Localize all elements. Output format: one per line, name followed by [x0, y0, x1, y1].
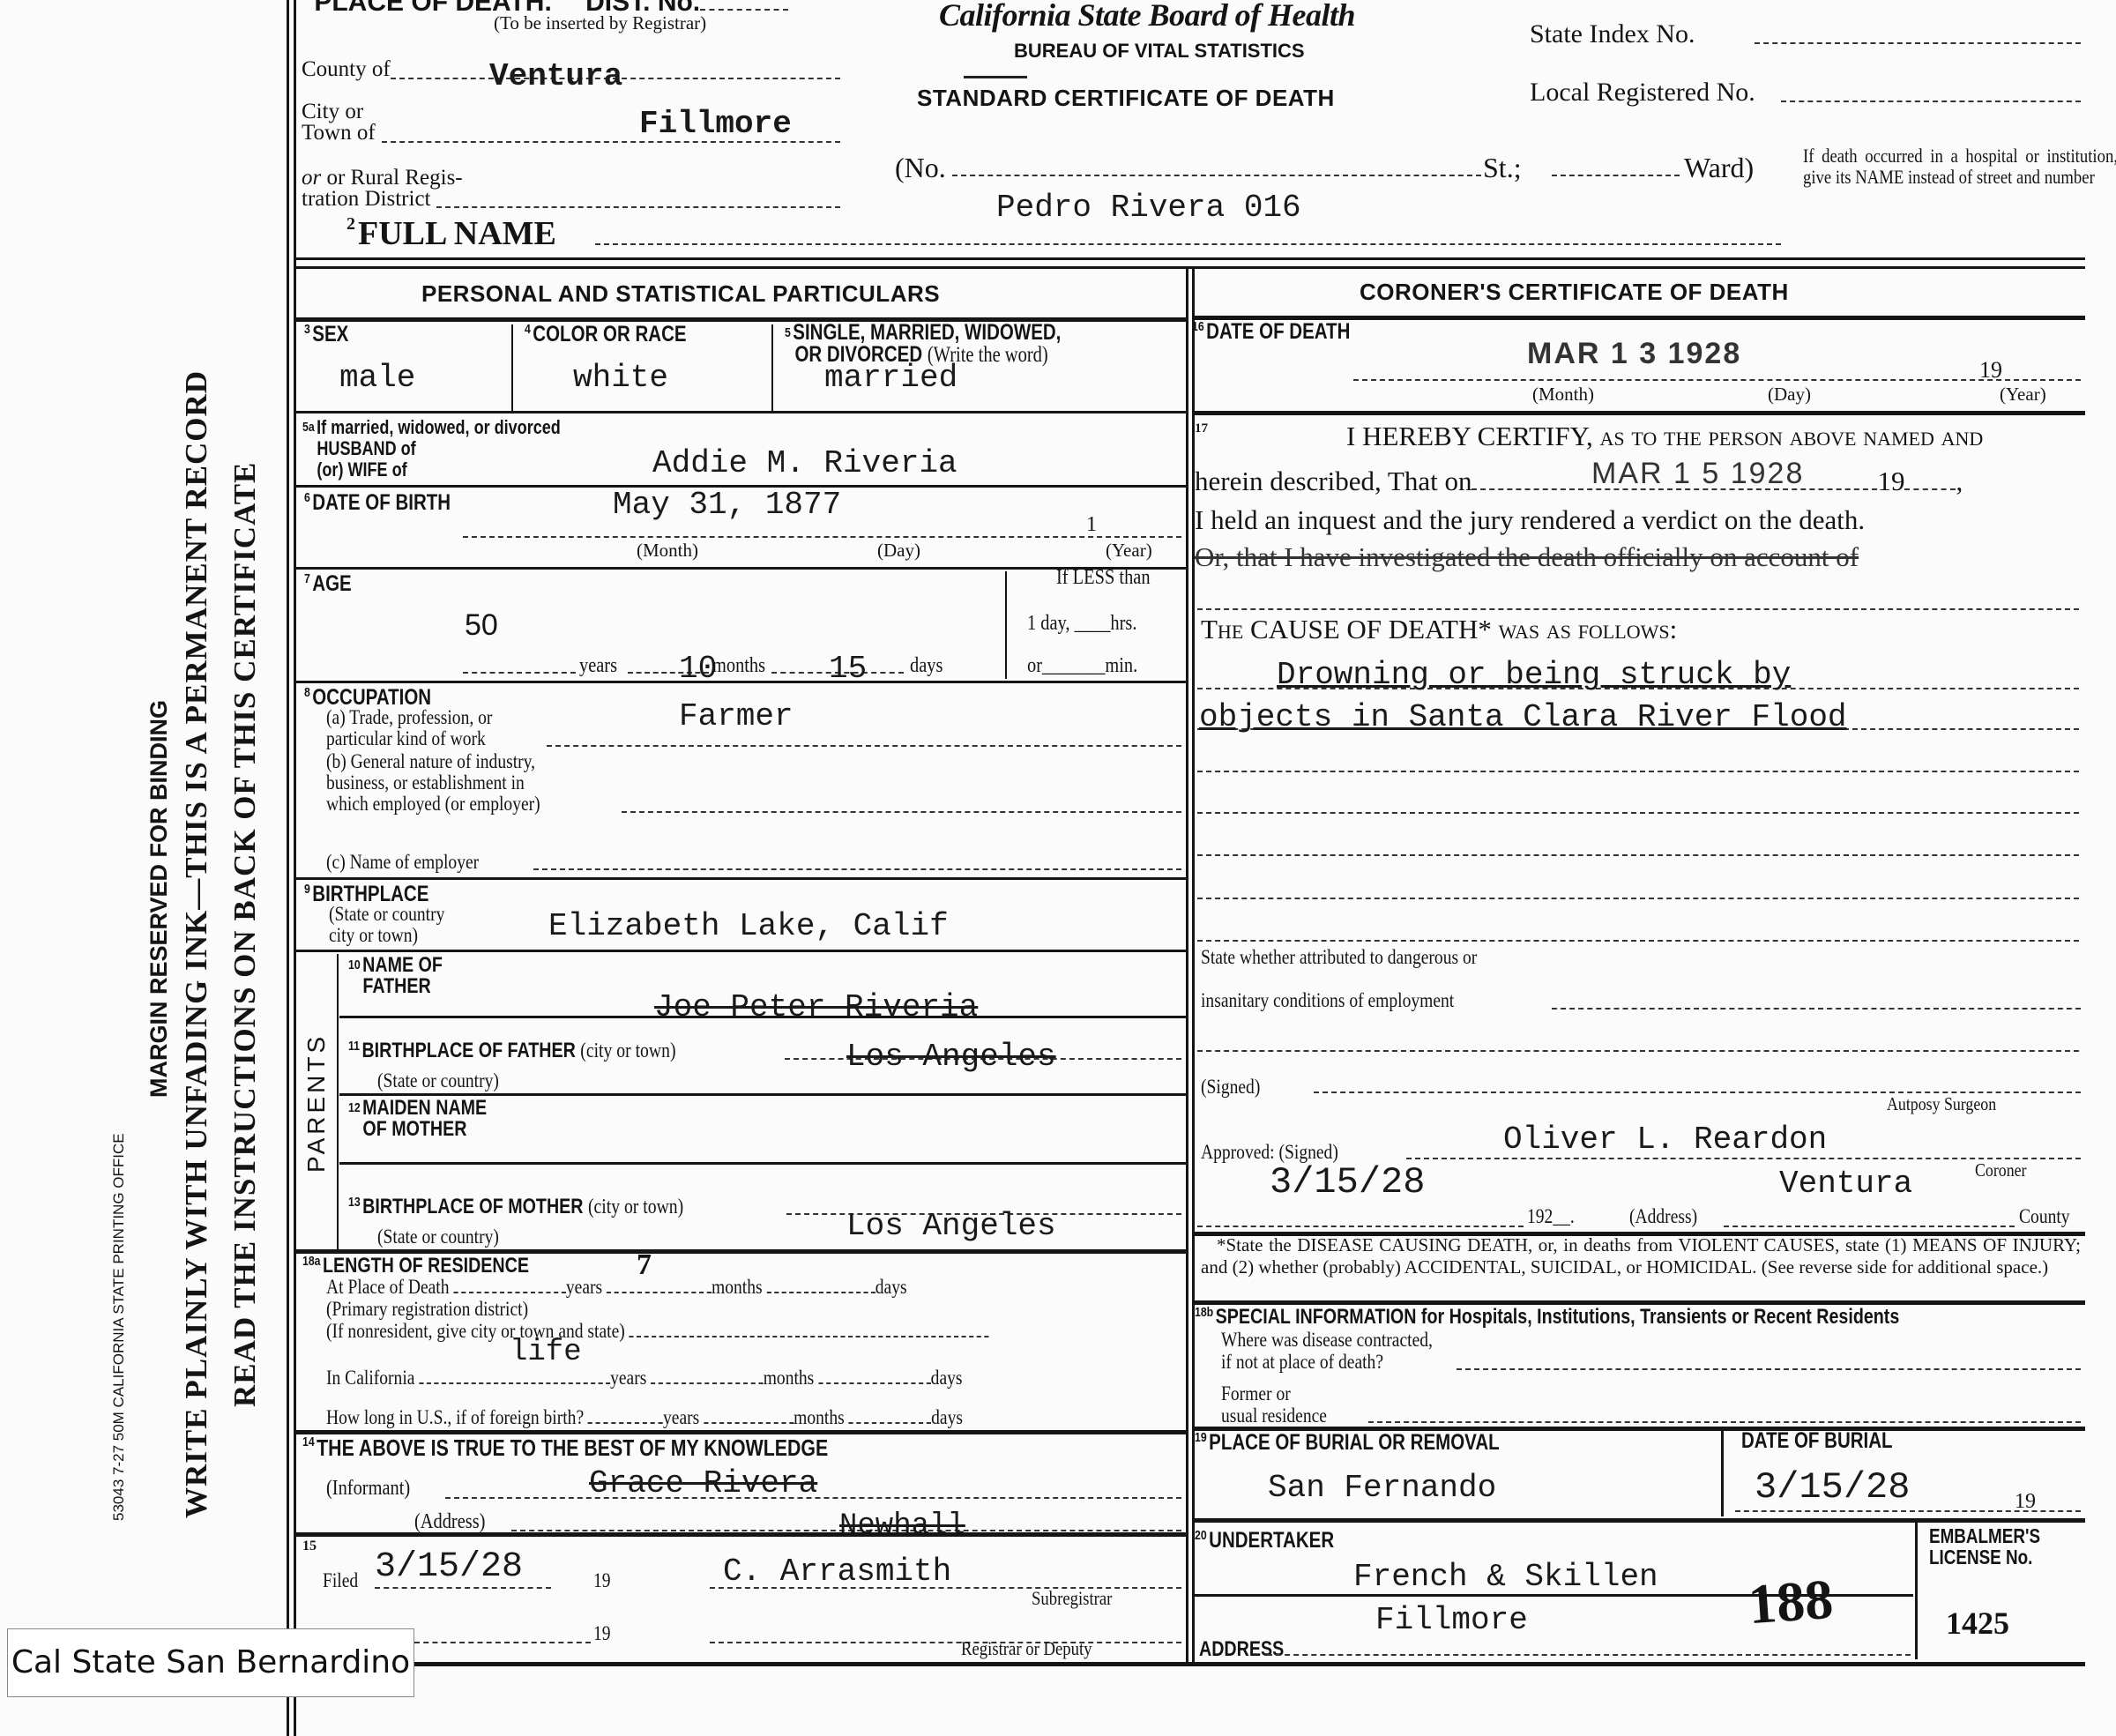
- residence-nonresident: (If nonresident, give city or town and s…: [326, 1320, 989, 1343]
- occupation-b-line[interactable]: [622, 811, 1181, 813]
- race-label: 4COLOR OR RACE: [525, 322, 687, 347]
- undertaker-address-value[interactable]: Fillmore: [1375, 1602, 1528, 1638]
- stamp-number: 188: [1747, 1567, 1836, 1638]
- dangerous-line-2[interactable]: [1197, 1050, 2079, 1052]
- state-index-line[interactable]: [1755, 42, 2081, 44]
- death-month-caption: (Month): [1532, 384, 1594, 406]
- filed-num: 15: [302, 1539, 317, 1554]
- burial-date-divider: [1721, 1430, 1724, 1516]
- form-bottom-border: [295, 1662, 2085, 1666]
- rural-district-label: or or Rural Regis- tration District: [302, 168, 463, 210]
- city-label: City or Town of: [302, 101, 376, 144]
- dangerous-line[interactable]: [1552, 1008, 2081, 1010]
- local-registered-label: Local Registered No.: [1530, 78, 1755, 108]
- occupation-a-label: (a) Trade, profession, or particular kin…: [326, 707, 492, 749]
- row-rule: [295, 1532, 1186, 1537]
- undertaker-value[interactable]: French & Skillen: [1353, 1559, 1658, 1595]
- approved-date-value[interactable]: 3/15/28: [1270, 1161, 1425, 1203]
- father-name-value[interactable]: Joe Peter Riveria: [654, 989, 978, 1025]
- informant-value[interactable]: Grace Rivera: [589, 1465, 817, 1501]
- residence-in-california: In California years months days: [326, 1367, 963, 1390]
- full-name-label: 2FULL NAME: [346, 214, 556, 253]
- date-of-death-label: 16DATE OF DEATH: [1192, 319, 1350, 345]
- birth-value[interactable]: May 31, 1877: [613, 487, 841, 523]
- rural-district-line: [436, 206, 840, 208]
- age-years-line: [463, 672, 576, 674]
- informant-address-value[interactable]: Newhall: [839, 1509, 965, 1543]
- residence-foreign: How long in U.S., if of foreign birth? y…: [326, 1406, 963, 1429]
- cause-footnote: *State the DISEASE CAUSING DEATH, or, in…: [1201, 1234, 2081, 1278]
- row-rule: [295, 567, 1186, 570]
- st-label: St.;: [1483, 152, 1522, 184]
- certify-line-4-struck: Or, that I have investigated the death o…: [1195, 541, 1859, 573]
- coroner-address-line: [1724, 1226, 2015, 1227]
- certify-line-2: herein described, That on19,: [1195, 466, 1963, 497]
- father-birthplace-sub: (State or country): [377, 1069, 499, 1092]
- race-value[interactable]: white: [573, 360, 668, 396]
- birth-year-caption: (Year): [1106, 540, 1152, 562]
- cause-value-1[interactable]: Drowning or being struck by: [1277, 657, 1791, 693]
- undertaker-label: 20UNDERTAKER: [1195, 1528, 1334, 1553]
- filed-value[interactable]: 3/15/28: [375, 1547, 523, 1587]
- father-birthplace-label: 11BIRTHPLACE OF FATHER (city or town): [348, 1039, 675, 1063]
- age-days-label: days: [910, 654, 943, 678]
- age-years-label: years: [579, 654, 617, 678]
- approved-year-label: 192__.: [1527, 1205, 1575, 1228]
- birth-day-caption: (Day): [877, 540, 920, 562]
- sex-value[interactable]: male: [339, 360, 415, 396]
- header-rule-1: [295, 257, 2085, 260]
- county-value[interactable]: Ventura: [489, 58, 622, 94]
- ward-label: Ward): [1684, 152, 1754, 184]
- row-rule: [1195, 411, 2085, 415]
- row-rule: [339, 1016, 1186, 1018]
- cause-line-6[interactable]: [1197, 898, 2079, 899]
- birth-month-caption: (Month): [637, 540, 698, 562]
- mother-birthplace-value[interactable]: Los Angeles: [846, 1208, 1056, 1244]
- registrar-year-label: 19: [593, 1622, 611, 1645]
- certify-continuation-line: [1197, 608, 2079, 610]
- residence-at-place: At Place of Death years months days: [326, 1276, 907, 1299]
- age-less-line-3: or_______min.: [1027, 654, 1137, 678]
- parents-label: PARENTS: [302, 1033, 331, 1173]
- signed-label: (Signed): [1201, 1076, 1260, 1099]
- special-where-line[interactable]: [1457, 1368, 2081, 1370]
- date-of-death-line: [1353, 379, 2081, 381]
- approved-date-line: [1197, 1226, 1524, 1227]
- age-label: 7AGE: [304, 571, 352, 597]
- residence-primary: (Primary registration district): [326, 1298, 528, 1321]
- birthplace-sub: (State or country city or town): [329, 904, 444, 946]
- father-birthplace-value[interactable]: Los Angeles: [846, 1039, 1056, 1075]
- subregistrar-label: Subregistrar: [1032, 1587, 1112, 1610]
- cause-line-7[interactable]: [1197, 940, 2079, 942]
- age-years-value[interactable]: 50: [465, 608, 498, 643]
- registrar-date-line[interactable]: [414, 1642, 591, 1643]
- special-former-label: Former or usual residence: [1221, 1382, 1327, 1427]
- ward-line[interactable]: [1552, 175, 1680, 176]
- father-name-label: 10NAME OF FATHER: [348, 955, 443, 997]
- coroner-label: Coroner: [1975, 1159, 2027, 1181]
- street-line[interactable]: [952, 175, 1481, 176]
- cause-line-5[interactable]: [1197, 854, 2079, 856]
- coroner-address-value[interactable]: Ventura: [1779, 1166, 1912, 1202]
- form-left-border-inner: [294, 0, 296, 1736]
- board-title: California State Board of Health: [939, 0, 1355, 34]
- special-former-line[interactable]: [1368, 1421, 2081, 1423]
- age-months-label: months: [712, 654, 765, 678]
- street-label: (No.: [895, 152, 946, 184]
- burial-place-value[interactable]: San Fernando: [1268, 1470, 1496, 1506]
- license-divider: [1915, 1523, 1918, 1659]
- printing-office-note: 53043 7-27 50M CALIFORNIA STATE PRINTING…: [110, 1133, 128, 1521]
- filed-label: Filed: [323, 1569, 358, 1592]
- dangerous-label-2: insanitary conditions of employment: [1201, 989, 1454, 1012]
- mother-birthplace-sub: (State or country): [377, 1226, 499, 1248]
- binding-margin-note: MARGIN RESERVED FOR BINDING: [145, 700, 173, 1098]
- registrar-line[interactable]: [710, 1642, 1181, 1643]
- row-rule: [339, 1162, 1186, 1165]
- coroner-address-label: (Address): [1629, 1205, 1697, 1228]
- row-rule: [295, 411, 1186, 414]
- death-year-caption: (Year): [2000, 384, 2046, 406]
- license-value[interactable]: 1425: [1946, 1605, 2009, 1642]
- personal-section-title: PERSONAL AND STATISTICAL PARTICULARS: [421, 280, 940, 308]
- row-rule: [295, 950, 1186, 952]
- age-less-line-2: 1 day, ____hrs.: [1027, 612, 1136, 636]
- filed-year-label: 19: [593, 1569, 611, 1592]
- inquest-date-value[interactable]: MAR 1 5 1928: [1591, 457, 1804, 491]
- registrar-label: Registrar or Deputy: [961, 1637, 1092, 1660]
- occupation-c-line[interactable]: [533, 868, 1181, 870]
- death-day-caption: (Day): [1768, 384, 1811, 406]
- mother-birthplace-label: 13BIRTHPLACE OF MOTHER (city or town): [348, 1195, 683, 1219]
- birthplace-value[interactable]: Elizabeth Lake, Calif: [548, 908, 949, 944]
- informant-heading: 14THE ABOVE IS TRUE TO THE BEST OF MY KN…: [302, 1434, 828, 1462]
- row-rule: [295, 877, 1186, 880]
- subregistrar-value[interactable]: C. Arrasmith: [723, 1553, 951, 1590]
- residence-label: 18aLENGTH OF RESIDENCE: [302, 1254, 529, 1278]
- date-of-death-value[interactable]: MAR 1 3 1928: [1527, 337, 1741, 371]
- date-of-death-year-prefix: 19: [1979, 357, 2002, 384]
- license-label: EMBALMER'S LICENSE No.: [1929, 1525, 2040, 1568]
- cause-line-4[interactable]: [1197, 812, 2079, 814]
- spouse-label: 5aIf married, widowed, or divorced HUSBA…: [302, 417, 561, 481]
- undertaker-address-label: ADDRESS: [1199, 1637, 1284, 1662]
- county-label: County of: [302, 57, 391, 82]
- full-name-line: [595, 243, 1781, 245]
- certify-line-1: I HEREBY CERTIFY, as to the person above…: [1346, 421, 1983, 452]
- informant-address-label: (Address): [414, 1510, 485, 1534]
- occupation-b-label: (b) General nature of industry, business…: [326, 751, 540, 815]
- certificate-title: STANDARD CERTIFICATE OF DEATH: [917, 85, 1335, 112]
- occupation-a-line: [547, 745, 1181, 747]
- undertaker-address-line: [1267, 1654, 1911, 1656]
- title-rule: [964, 76, 1027, 78]
- birth-line[interactable]: [463, 536, 1181, 538]
- race-marital-divider: [771, 324, 773, 413]
- local-registered-line[interactable]: [1781, 101, 2081, 102]
- spouse-value[interactable]: Addie M. Riveria: [652, 445, 957, 481]
- age-less-divider: [1005, 571, 1007, 679]
- residence-california-value[interactable]: life: [510, 1336, 582, 1369]
- certify-num: 17: [1195, 421, 1208, 436]
- row-rule: [295, 681, 1186, 683]
- occupation-c-label: (c) Name of employer: [326, 851, 479, 874]
- row-rule: [1195, 1518, 2085, 1523]
- bureau-title: BUREAU OF VITAL STATISTICS: [1014, 40, 1305, 63]
- birth-year-prefix: 1: [1086, 513, 1097, 537]
- birth-label: 6DATE OF BIRTH: [304, 490, 451, 516]
- parents-divider: [337, 954, 339, 1249]
- special-info-heading: 18bSPECIAL INFORMATION for Hospitals, In…: [1195, 1305, 1899, 1330]
- write-plainly-note: WRITE PLAINLY WITH UNFADING INK—THIS IS …: [179, 370, 214, 1518]
- coroner-section-title: CORONER'S CERTIFICATE OF DEATH: [1360, 279, 1789, 306]
- informant-label: (Informant): [326, 1477, 410, 1501]
- county-suffix-label: County: [2019, 1205, 2070, 1228]
- burial-year-prefix: 19: [2015, 1490, 2036, 1514]
- certify-line-3: I held an inquest and the jury rendered …: [1195, 504, 1865, 536]
- hospital-note: If death occurred in a hospital or insti…: [1803, 145, 2116, 188]
- coroner-name-value[interactable]: Oliver L. Reardon: [1503, 1121, 1827, 1158]
- dist-note: (To be inserted by Registrar): [494, 12, 706, 34]
- cause-label: The CAUSE OF DEATH* was as follows:: [1201, 614, 1677, 645]
- marital-value[interactable]: married: [824, 360, 957, 396]
- dangerous-label-1: State whether attributed to dangerous or: [1201, 946, 1477, 969]
- filed-line: [375, 1587, 551, 1589]
- cause-line-3[interactable]: [1197, 771, 2079, 772]
- form-left-border: [287, 0, 289, 1736]
- burial-date-label: DATE OF BURIAL: [1741, 1428, 1893, 1454]
- source-watermark: Cal State San Bernardino: [7, 1628, 414, 1697]
- mother-name-label: 12MAIDEN NAME OF MOTHER: [348, 1098, 487, 1140]
- city-value[interactable]: Fillmore: [639, 106, 792, 142]
- cause-value-2[interactable]: objects in Santa Clara River Flood: [1199, 699, 1847, 735]
- burial-date-value[interactable]: 3/15/28: [1755, 1466, 1910, 1509]
- special-where-label: Where was disease contracted, if not at …: [1221, 1329, 1433, 1373]
- autopsy-label: Autposy Surgeon: [1887, 1093, 1996, 1115]
- sex-race-divider: [511, 324, 513, 413]
- read-instructions-note: READ THE INSTRUCTIONS ON BACK OF THIS CE…: [227, 462, 263, 1407]
- full-name-value[interactable]: Pedro Rivera 016: [996, 190, 1301, 226]
- age-less-line-1: If LESS than: [1056, 566, 1151, 590]
- state-index-label: State Index No.: [1530, 19, 1695, 49]
- header-rule-2: [295, 266, 2085, 269]
- occupation-value[interactable]: Farmer: [679, 698, 793, 734]
- sex-label: 3SEX: [304, 322, 348, 347]
- center-divider: [1186, 266, 1188, 1664]
- burial-place-label: 19PLACE OF BURIAL OR REMOVAL: [1195, 1430, 1500, 1456]
